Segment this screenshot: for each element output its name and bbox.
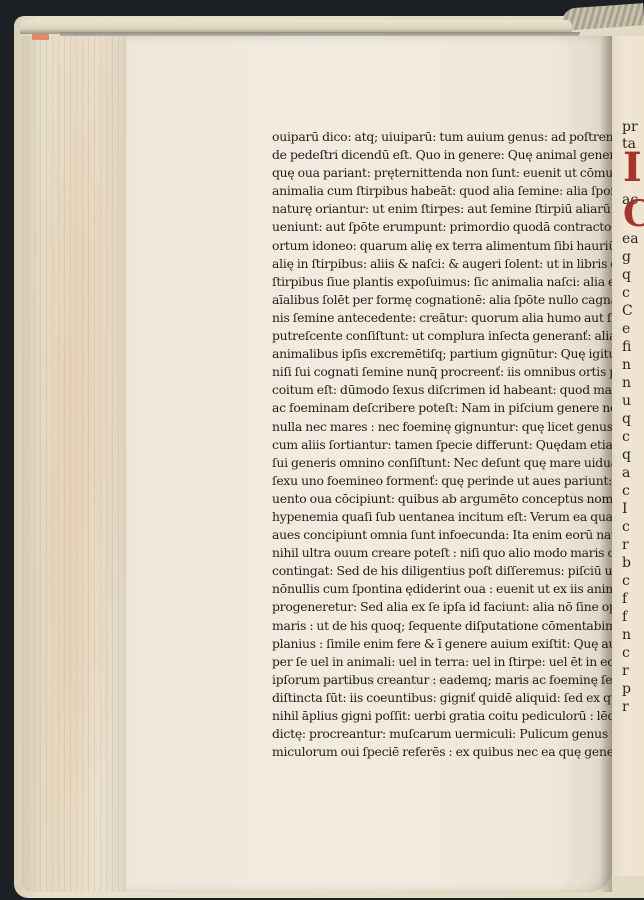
facing-text-fragment: r bbox=[622, 664, 629, 678]
rubricated-initial: I bbox=[623, 148, 642, 188]
facing-text-fragment: e bbox=[622, 322, 630, 336]
text-line: nulla nec mares : nec foeminę gignuntur:… bbox=[272, 418, 612, 436]
facing-text-fragment: f bbox=[622, 592, 627, 606]
facing-text-fragment: n bbox=[622, 628, 631, 642]
text-line: aues concipiunt omnia ſunt infoecunda: I… bbox=[272, 526, 612, 544]
facing-text-fragment: c bbox=[622, 484, 630, 498]
facing-text-fragment: q bbox=[622, 268, 631, 282]
text-line: uento oua cōcipiunt: quibus ab argumēto … bbox=[272, 490, 612, 508]
text-line: cum aliis ſortiantur: tamen ſpecie diffe… bbox=[272, 436, 612, 454]
text-line: aīalibus ſolēt per formę cognationē: ali… bbox=[272, 291, 612, 309]
text-line: nihil āplius gigni poſſit: uerbi gratia … bbox=[272, 707, 612, 725]
facing-text-fragment: c bbox=[622, 520, 630, 534]
facing-text-fragment: ea bbox=[622, 232, 639, 246]
text-line: diſtincta ſūt: iis coeuntibus: gigniť qu… bbox=[272, 689, 612, 707]
text-line: niſi ſui cognati ſemine nunq̄ procreenť:… bbox=[272, 363, 612, 381]
facing-text-fragment: p bbox=[622, 682, 631, 696]
text-line: planius : ſimile enim fere & ī genere au… bbox=[272, 635, 612, 653]
text-line: maris : ut de his quoq; ſequente diſputa… bbox=[272, 617, 612, 635]
text-line: dictę: procreantur: muſcarum uermiculi: … bbox=[272, 725, 612, 743]
facing-text-fragment: n bbox=[622, 376, 631, 390]
text-line: animalia cum ſtirpibus habeāt: quod alia… bbox=[272, 182, 612, 200]
text-line: ſexu uno foemineo formenť: quę perinde u… bbox=[272, 472, 612, 490]
text-line: nōnullis cum ſpontina ędiderint oua : eu… bbox=[272, 580, 612, 598]
text-line: putreſcente conſiſtunt: ut complura inſe… bbox=[272, 327, 612, 345]
text-line: progeneretur: Sed alia ex ſe ipſa id fac… bbox=[272, 598, 612, 616]
facing-text-fragment: C bbox=[622, 304, 633, 318]
facing-text-fragment: I bbox=[622, 502, 628, 516]
text-line: nihil ultra ouum creare poteſt : niſi qu… bbox=[272, 544, 612, 562]
text-line: hypenemia quaſi ſub uentanea incitum eſt… bbox=[272, 508, 612, 526]
facing-text-fragment: b bbox=[622, 556, 631, 570]
facing-text-fragment: c bbox=[622, 646, 630, 660]
shelfmark-label bbox=[32, 34, 49, 40]
facing-text-fragment: q bbox=[622, 448, 631, 462]
facing-text-fragment: r bbox=[622, 538, 629, 552]
facing-text-fragment: c bbox=[622, 574, 630, 588]
facing-text-fragment: f bbox=[622, 610, 627, 624]
facing-text-fragment: g bbox=[622, 250, 631, 264]
text-line: ortum idoneo: quarum alię ex terra alime… bbox=[272, 237, 612, 255]
text-line: quę oua pariant: pręternittenda non ſunt… bbox=[272, 164, 612, 182]
text-line: animalibus ipſis excremētiſq; partium gi… bbox=[272, 345, 612, 363]
facing-text-fragment: a bbox=[622, 466, 630, 480]
facing-text-fragment: r bbox=[622, 700, 629, 714]
rubricated-initial: C bbox=[623, 196, 644, 232]
text-line: de pedeſtri dicendū eſt. Quo in genere: … bbox=[272, 146, 612, 164]
page-fore-edge-stack bbox=[22, 36, 128, 892]
text-line: ſtirpibus ſiue plantis expoſuimus: ſic a… bbox=[272, 273, 612, 291]
facing-text-fragment: c bbox=[622, 430, 630, 444]
facing-recto-page: prtaIacCeagqcCefinnuqcqacIcrbcffncrpr bbox=[612, 36, 644, 876]
text-line: naturę oriantur: ut enim ſtirpes: aut ſe… bbox=[272, 200, 612, 218]
facing-text-fragment: c bbox=[622, 286, 630, 300]
text-line: ſui generis omnino conſiſtunt: Nec deſun… bbox=[272, 454, 612, 472]
text-line: alię in ſtirpibus: aliis & naſci: & auge… bbox=[272, 255, 612, 273]
text-line: ueniunt: aut ſpōte erumpunt: primordio q… bbox=[272, 218, 612, 236]
text-line: per ſe uel in animali: uel in terra: uel… bbox=[272, 653, 612, 671]
verso-text-block: ouiparū dico: atq; uiuiparū: tum auium g… bbox=[272, 128, 612, 761]
text-line: miculorum oui ſpeciē referēs : ex quibus… bbox=[272, 743, 612, 761]
text-line: coitum eſt: dūmodo ſexus diſcrimen id ha… bbox=[272, 381, 612, 399]
text-line: ac foeminam deſcribere poteſt: Nam in pi… bbox=[272, 399, 612, 417]
facing-text-fragment: pr bbox=[622, 120, 638, 134]
text-line: nis ſemine antecedente: creātur: quorum … bbox=[272, 309, 612, 327]
text-line: contingat: Sed de his diligentius poſt d… bbox=[272, 562, 612, 580]
facing-text-fragment: n bbox=[622, 358, 631, 372]
text-line: ouiparū dico: atq; uiuiparū: tum auium g… bbox=[272, 128, 612, 146]
facing-text-fragment: q bbox=[622, 412, 631, 426]
facing-text-fragment: u bbox=[622, 394, 631, 408]
facing-text-fragment: fi bbox=[622, 340, 631, 354]
text-line: ipſorum partibus creantur : eademq; mari… bbox=[272, 671, 612, 689]
